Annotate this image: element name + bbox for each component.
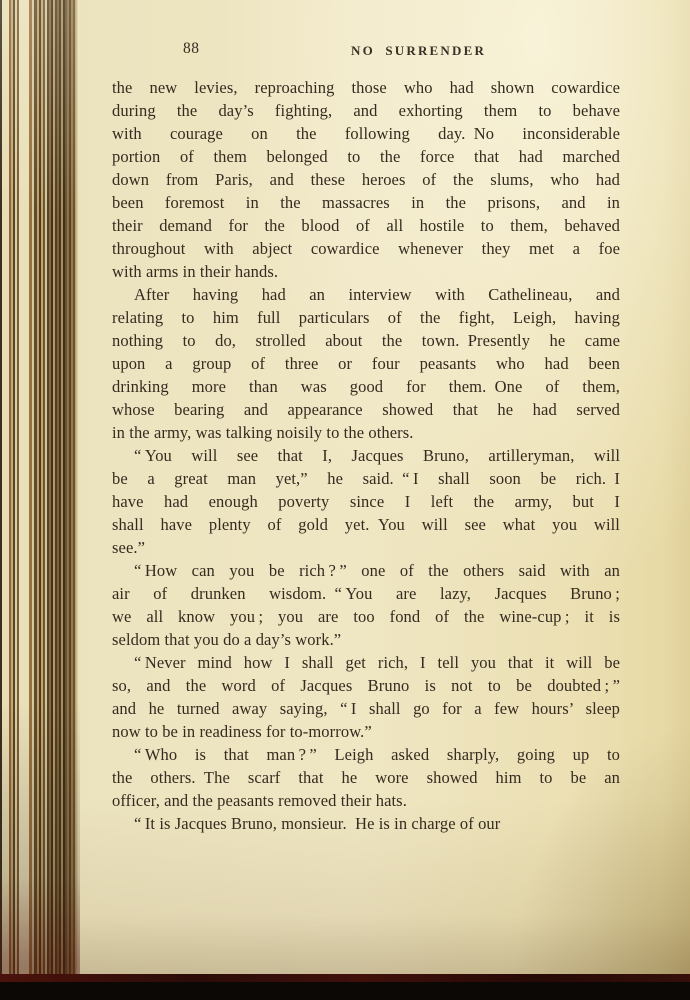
text-line: nothing to do, strolled about the town. …	[112, 329, 620, 352]
book-cover-edge	[0, 974, 690, 1000]
text-line: see.”	[112, 536, 620, 559]
paragraph: “ It is Jacques Bruno, monsieur. He is i…	[112, 812, 620, 835]
text-line: so, and the word of Jacques Bruno is not…	[112, 674, 620, 697]
running-title: NO SURRENDER	[351, 43, 486, 59]
text-line: down from Paris, and these heroes of the…	[112, 168, 620, 191]
text-line: officer, and the peasants removed their …	[112, 789, 620, 812]
text-line: be a great man yet,” he said. “ I shall …	[112, 467, 620, 490]
text-line: have had enough poverty since I left the…	[112, 490, 620, 513]
text-line: portion of them belonged to the force th…	[112, 145, 620, 168]
text-line: “ It is Jacques Bruno, monsieur. He is i…	[112, 812, 620, 835]
paragraph: “ You will see that I, Jacques Bruno, ar…	[112, 444, 620, 559]
book-scan: 88 NO SURRENDER the new levies, reproach…	[0, 0, 690, 1000]
paragraph: “ How can you be rich ? ” one of the oth…	[112, 559, 620, 651]
text-line: during the day’s fighting, and exhorting…	[112, 99, 620, 122]
text-line: upon a group of three or four peasants w…	[112, 352, 620, 375]
text-line: relating to him full particulars of the …	[112, 306, 620, 329]
text-line: with courage on the following day. No in…	[112, 122, 620, 145]
text-line: the new levies, reproaching those who ha…	[112, 76, 620, 99]
text-line: been foremost in the massacres in the pr…	[112, 191, 620, 214]
text-line: throughout with abject cowardice wheneve…	[112, 237, 620, 260]
text-line: “ Who is that man ? ” Leigh asked sharpl…	[112, 743, 620, 766]
text-line: “ How can you be rich ? ” one of the oth…	[112, 559, 620, 582]
text-line: air of drunken wisdom. “ You are lazy, J…	[112, 582, 620, 605]
page-header: 88 NO SURRENDER	[112, 40, 620, 62]
text-line: now to be in readiness for to-morrow.”	[112, 720, 620, 743]
text-line: “ You will see that I, Jacques Bruno, ar…	[112, 444, 620, 467]
text-line: drinking more than was good for them. On…	[112, 375, 620, 398]
text-line: seldom that you do a day’s work.”	[112, 628, 620, 651]
page-edges-stack	[0, 0, 80, 974]
body-text: the new levies, reproaching those who ha…	[112, 76, 620, 835]
paragraph: “ Never mind how I shall get rich, I tel…	[112, 651, 620, 743]
text-line: we all know you ; you are too fond of th…	[112, 605, 620, 628]
text-line: their demand for the blood of all hostil…	[112, 214, 620, 237]
text-line: shall have plenty of gold yet. You will …	[112, 513, 620, 536]
text-line: After having had an interview with Cathe…	[112, 283, 620, 306]
text-line: in the army, was talking noisily to the …	[112, 421, 620, 444]
text-line: with arms in their hands.	[112, 260, 620, 283]
paragraph: After having had an interview with Cathe…	[112, 283, 620, 444]
cover-maroon-line	[0, 974, 690, 982]
text-line: whose bearing and appearance showed that…	[112, 398, 620, 421]
page-number: 88	[183, 40, 200, 58]
text-line: and he turned away saying, “ I shall go …	[112, 697, 620, 720]
text-line: “ Never mind how I shall get rich, I tel…	[112, 651, 620, 674]
text-line: the others. The scarf that he wore showe…	[112, 766, 620, 789]
paragraph: “ Who is that man ? ” Leigh asked sharpl…	[112, 743, 620, 812]
paragraph: the new levies, reproaching those who ha…	[112, 76, 620, 283]
